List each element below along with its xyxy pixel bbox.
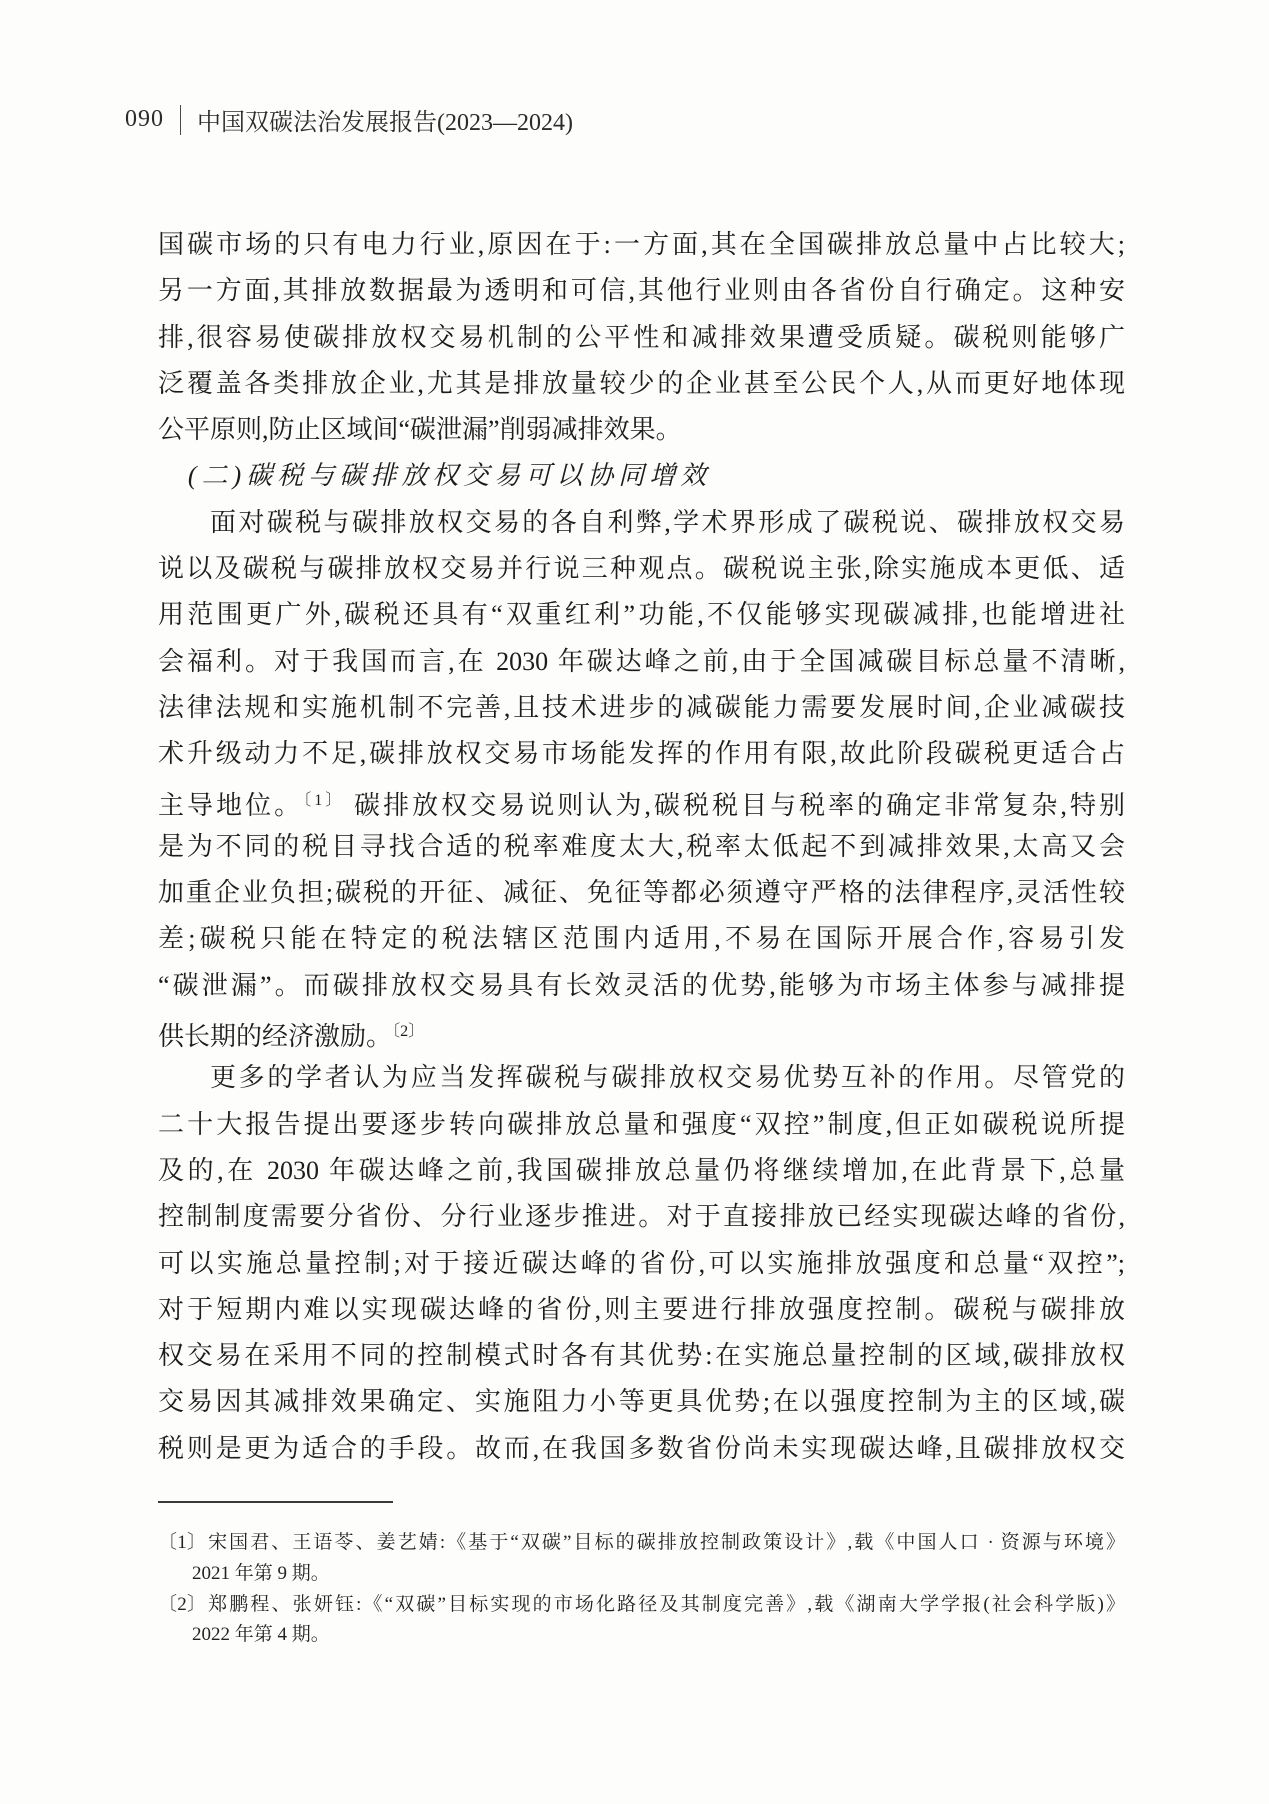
text-line: 加重企业负担;碳税的开征、减征、免征等都必须遵守严格的法律程序,灵活性较: [158, 870, 1125, 916]
text-line: 供长期的经济激励。〔2〕: [158, 1009, 1125, 1055]
document-page: 090 中国双碳法治发展报告(2023—2024) 国碳市场的只有电力行业,原因…: [0, 0, 1269, 1804]
text-line: 国碳市场的只有电力行业,原因在于:一方面,其在全国碳排放总量中占比较大;: [158, 222, 1125, 268]
footnote-text: 宋国君、王语苓、姜艺婧:《基于“双碳”目标的碳排放控制政策设计》,载《中国人口 …: [206, 1532, 1125, 1553]
text-line: 可以实施总量控制;对于接近碳达峰的省份,可以实施排放强度和总量“双控”;: [158, 1241, 1125, 1287]
text-line: “碳泄漏”。而碳排放权交易具有长效灵活的优势,能够为市场主体参与减排提: [158, 963, 1125, 1009]
book-title: 中国双碳法治发展报告(2023—2024): [197, 102, 573, 137]
footnotes: 〔1〕宋国君、王语苓、姜艺婧:《基于“双碳”目标的碳排放控制政策设计》,载《中国…: [158, 1528, 1125, 1651]
footnote-line: 〔1〕宋国君、王语苓、姜艺婧:《基于“双碳”目标的碳排放控制政策设计》,载《中国…: [158, 1528, 1125, 1559]
text-line: 术升级动力不足,碳排放权交易市场能发挥的作用有限,故此阶段碳税更适合占: [158, 731, 1125, 777]
footnote-ref: 〔2〕: [392, 1023, 424, 1040]
body-text: 国碳市场的只有电力行业,原因在于:一方面,其在全国碳排放总量中占比较大;另一方面…: [158, 222, 1125, 1472]
text-line: 泛覆盖各类排放企业,尤其是排放量较少的企业甚至公民个人,从而更好地体现: [158, 361, 1125, 407]
footnote-rule: [158, 1501, 393, 1503]
paragraph: 更多的学者认为应当发挥碳税与碳排放权交易优势互补的作用。尽管党的二十大报告提出要…: [158, 1055, 1125, 1472]
text-line: 公平原则,防止区域间“碳泄漏”削弱减排效果。: [158, 407, 1125, 453]
running-header: 090 中国双碳法治发展报告(2023—2024): [125, 102, 573, 137]
text-line: 二十大报告提出要逐步转向碳排放总量和强度“双控”制度,但正如碳税说所提: [158, 1102, 1125, 1148]
header-divider: [180, 105, 181, 135]
text-line: 用范围更广外,碳税还具有“双重红利”功能,不仅能够实现碳减排,也能增进社: [158, 592, 1125, 638]
footnote-line: 〔2〕郑鹏程、张妍钰:《“双碳”目标实现的市场化路径及其制度完善》,载《湖南大学…: [158, 1590, 1125, 1621]
footnote-line: 2021 年第 9 期。: [158, 1559, 1125, 1590]
footnote-line: 2022 年第 4 期。: [158, 1620, 1125, 1651]
text-line: 交易因其减排效果确定、实施阻力小等更具优势;在以强度控制为主的区域,碳: [158, 1379, 1125, 1425]
footnote-ref: 〔1〕: [303, 792, 344, 809]
text-line: 权交易在采用不同的控制模式时各有其优势:在实施总量控制的区域,碳排放权: [158, 1333, 1125, 1379]
footnote-marker: 〔2〕: [158, 1590, 206, 1621]
footnote: 〔1〕宋国君、王语苓、姜艺婧:《基于“双碳”目标的碳排放控制政策设计》,载《中国…: [158, 1528, 1125, 1590]
text-line: 差;碳税只能在特定的税法辖区范围内适用,不易在国际开展合作,容易引发: [158, 916, 1125, 962]
footnote: 〔2〕郑鹏程、张妍钰:《“双碳”目标实现的市场化路径及其制度完善》,载《湖南大学…: [158, 1590, 1125, 1652]
footnote-marker: 〔1〕: [158, 1528, 206, 1559]
text-line: 排,很容易使碳排放权交易机制的公平性和减排效果遭受质疑。碳税则能够广: [158, 315, 1125, 361]
text-line: 主导地位。〔1〕 碳排放权交易说则认为,碳税税目与税率的确定非常复杂,特别: [158, 778, 1125, 824]
text-line: 对于短期内难以实现碳达峰的省份,则主要进行排放强度控制。碳税与碳排放: [158, 1287, 1125, 1333]
text-line: 及的,在 2030 年碳达峰之前,我国碳排放总量仍将继续增加,在此背景下,总量: [158, 1148, 1125, 1194]
text-line: 说以及碳税与碳排放权交易并行说三种观点。碳税说主张,除实施成本更低、适: [158, 546, 1125, 592]
paragraph: 面对碳税与碳排放权交易的各自利弊,学术界形成了碳税说、碳排放权交易说以及碳税与碳…: [158, 500, 1125, 1056]
text-line: 更多的学者认为应当发挥碳税与碳排放权交易优势互补的作用。尽管党的: [158, 1055, 1125, 1101]
heading-line: (二)碳税与碳排放权交易可以协同增效: [158, 453, 1125, 499]
text-line: 税则是更为适合的手段。故而,在我国多数省份尚未实现碳达峰,且碳排放权交: [158, 1426, 1125, 1472]
page-number: 090: [125, 106, 164, 133]
text-line: 控制制度需要分省份、分行业逐步推进。对于直接排放已经实现碳达峰的省份,: [158, 1194, 1125, 1240]
text-line: 法律法规和实施机制不完善,且技术进步的减碳能力需要发展时间,企业减碳技: [158, 685, 1125, 731]
text-line: 是为不同的税目寻找合适的税率难度太大,税率太低起不到减排效果,太高又会: [158, 824, 1125, 870]
footnote-text: 郑鹏程、张妍钰:《“双碳”目标实现的市场化路径及其制度完善》,载《湖南大学学报(…: [206, 1594, 1125, 1615]
text-line: 会福利。对于我国而言,在 2030 年碳达峰之前,由于全国减碳目标总量不清晰,: [158, 639, 1125, 685]
text-line: 面对碳税与碳排放权交易的各自利弊,学术界形成了碳税说、碳排放权交易: [158, 500, 1125, 546]
text-line: 另一方面,其排放数据最为透明和可信,其他行业则由各省份自行确定。这种安: [158, 268, 1125, 314]
paragraph: 国碳市场的只有电力行业,原因在于:一方面,其在全国碳排放总量中占比较大;另一方面…: [158, 222, 1125, 453]
section-heading: (二)碳税与碳排放权交易可以协同增效: [158, 453, 1125, 499]
